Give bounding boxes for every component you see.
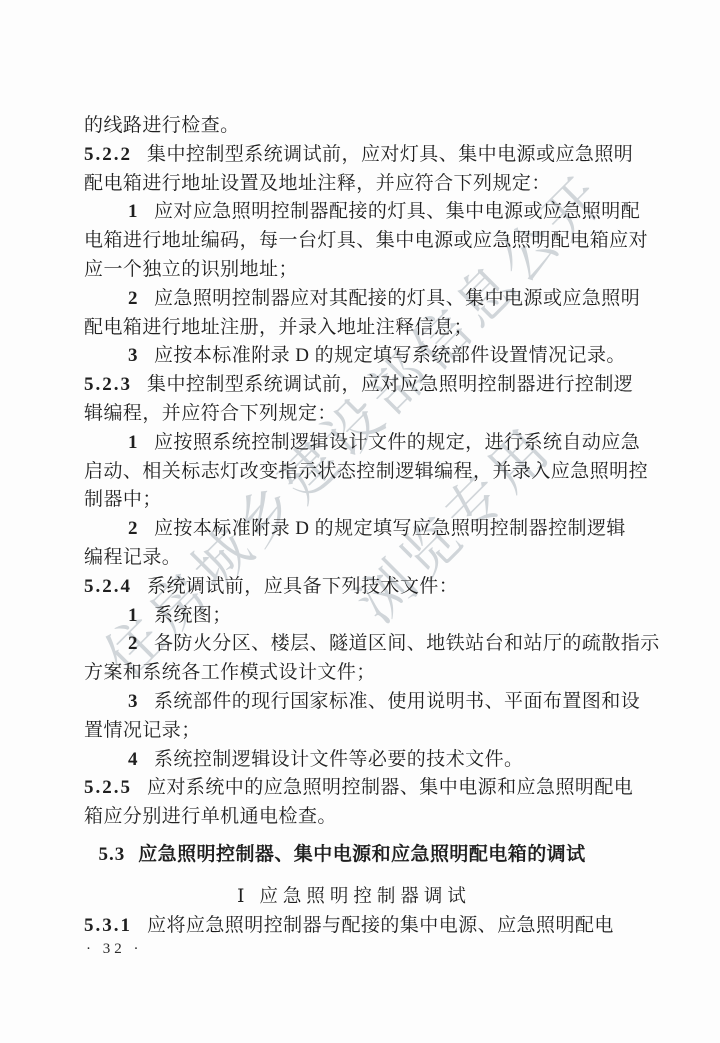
- item-line: 1应对应急照明控制器配接的灯具、集中电源或应急照明配: [84, 198, 650, 227]
- line-number: 2: [128, 288, 138, 309]
- line-text: 应按本标准附录 D 的规定填写系统部件设置情况记录。: [154, 345, 626, 366]
- page-number-footer: · 32 ·: [86, 941, 143, 958]
- line-number: 3: [128, 691, 138, 712]
- cont-line: 配电箱进行地址注册，并录入地址注释信息；: [84, 314, 650, 343]
- cont-line: 辑编程，并应符合下列规定：: [84, 400, 650, 429]
- cont-line: 电箱进行地址编码，每一台灯具、集中电源或应急照明配电箱应对: [84, 227, 650, 256]
- line-text: 应一个独立的识别地址；: [84, 259, 298, 280]
- subheading-line: Ⅰ应急照明控制器调试: [84, 883, 650, 912]
- line-text: 系统图；: [154, 605, 232, 626]
- line-text: 方案和系统各工作模式设计文件；: [84, 662, 376, 683]
- line-number: 1: [128, 432, 138, 453]
- cont-line: 方案和系统各工作模式设计文件；: [84, 659, 650, 688]
- line-text: 的线路进行检查。: [84, 115, 240, 136]
- cont-line: 箱应分别进行单机通电检查。: [84, 803, 650, 832]
- line-text: 集中控制型系统调试前，应对灯具、集中电源或应急照明: [147, 144, 633, 165]
- heading-line: 5.3应急照明控制器、集中电源和应急照明配电箱的调试: [84, 841, 650, 870]
- line-number: 2: [128, 633, 138, 654]
- cont-line: 制器中；: [84, 486, 650, 515]
- item-line: 3系统部件的现行国家标准、使用说明书、平面布置图和设: [84, 688, 650, 717]
- clause-line: 5.2.5应对系统中的应急照明控制器、集中电源和应急照明配电: [84, 774, 650, 803]
- item-line: 4系统控制逻辑设计文件等必要的技术文件。: [84, 746, 650, 775]
- cont-line: 配电箱进行地址设置及地址注释，并应符合下列规定：: [84, 170, 650, 199]
- line-text: 置情况记录；: [84, 720, 201, 741]
- line-number: 5.3.1: [84, 915, 132, 936]
- line-number: Ⅰ: [237, 887, 244, 907]
- line-number: 1: [128, 201, 138, 222]
- line-text: 系统调试前，应具备下列技术文件：: [147, 576, 458, 597]
- line-text: 应急照明控制器调试: [259, 887, 471, 907]
- line-text: 系统控制逻辑设计文件等必要的技术文件。: [154, 749, 524, 770]
- line-text: 应急照明控制器应对其配接的灯具、集中电源或应急照明: [154, 288, 640, 309]
- line-text: 配电箱进行地址注册，并录入地址注释信息；: [84, 317, 473, 338]
- cont-line: 编程记录。: [84, 544, 650, 573]
- line-text: 配电箱进行地址设置及地址注释，并应符合下列规定：: [84, 173, 551, 194]
- item-line: 1系统图；: [84, 602, 650, 631]
- line-text: 辑编程，并应符合下列规定：: [84, 403, 337, 424]
- item-line: 2应急照明控制器应对其配接的灯具、集中电源或应急照明: [84, 285, 650, 314]
- line-number: 5.2.4: [84, 576, 132, 597]
- line-number: 5.2.2: [84, 144, 132, 165]
- line-text: 各防火分区、楼层、隧道区间、地铁站台和站厅的疏散指示: [154, 633, 660, 654]
- line-number: 5.2.3: [84, 374, 132, 395]
- line-text: 应急照明控制器、集中电源和应急照明配电箱的调试: [138, 844, 585, 865]
- line-text: 系统部件的现行国家标准、使用说明书、平面布置图和设: [154, 691, 640, 712]
- cont-line: 启动、相关标志灯改变指示状态控制逻辑编程，并录入应急照明控: [84, 458, 650, 487]
- document-page: 住房城乡建设部信息公开 浏览专用 的线路进行检查。 5.2.2集中控制型系统调试…: [0, 0, 720, 1043]
- item-line: 2应按本标准附录 D 的规定填写应急照明控制器控制逻辑: [84, 515, 650, 544]
- item-line: 1应按照系统控制逻辑设计文件的规定，进行系统自动应急: [84, 429, 650, 458]
- line-text: 应将应急照明控制器与配接的集中电源、应急照明配电: [147, 915, 614, 936]
- line-text: 编程记录。: [84, 547, 181, 568]
- line-text: 应按照系统控制逻辑设计文件的规定，进行系统自动应急: [154, 432, 640, 453]
- clause-line: 5.2.4系统调试前，应具备下列技术文件：: [84, 573, 650, 602]
- line-text: 电箱进行地址编码，每一台灯具、集中电源或应急照明配电箱应对: [84, 230, 648, 251]
- cont-line: 置情况记录；: [84, 717, 650, 746]
- line-number: 1: [128, 605, 138, 626]
- line-number: 5.3: [98, 844, 125, 865]
- line-text: 应对系统中的应急照明控制器、集中电源和应急照明配电: [147, 777, 633, 798]
- line-text: 箱应分别进行单机通电检查。: [84, 806, 337, 827]
- line-text: 制器中；: [84, 489, 162, 510]
- cont-line: 应一个独立的识别地址；: [84, 256, 650, 285]
- line-text: 应按本标准附录 D 的规定填写应急照明控制器控制逻辑: [154, 518, 626, 539]
- line-number: 5.2.5: [84, 777, 132, 798]
- line-text: 集中控制型系统调试前，应对应急照明控制器进行控制逻: [147, 374, 633, 395]
- line-number: 4: [128, 749, 138, 770]
- line-text: 应对应急照明控制器配接的灯具、集中电源或应急照明配: [154, 201, 640, 222]
- line-number: 3: [128, 345, 138, 366]
- cont-line: 的线路进行检查。: [84, 112, 650, 141]
- clause-line: 5.2.2集中控制型系统调试前，应对灯具、集中电源或应急照明: [84, 141, 650, 170]
- document-content: 的线路进行检查。 5.2.2集中控制型系统调试前，应对灯具、集中电源或应急照明 …: [84, 112, 650, 940]
- clause-line: 5.2.3集中控制型系统调试前，应对应急照明控制器进行控制逻: [84, 371, 650, 400]
- item-line: 3应按本标准附录 D 的规定填写系统部件设置情况记录。: [84, 342, 650, 371]
- line-text: 启动、相关标志灯改变指示状态控制逻辑编程，并录入应急照明控: [84, 461, 648, 482]
- line-number: 2: [128, 518, 138, 539]
- clause-line: 5.3.1应将应急照明控制器与配接的集中电源、应急照明配电: [84, 912, 650, 941]
- item-line: 2各防火分区、楼层、隧道区间、地铁站台和站厅的疏散指示: [84, 630, 650, 659]
